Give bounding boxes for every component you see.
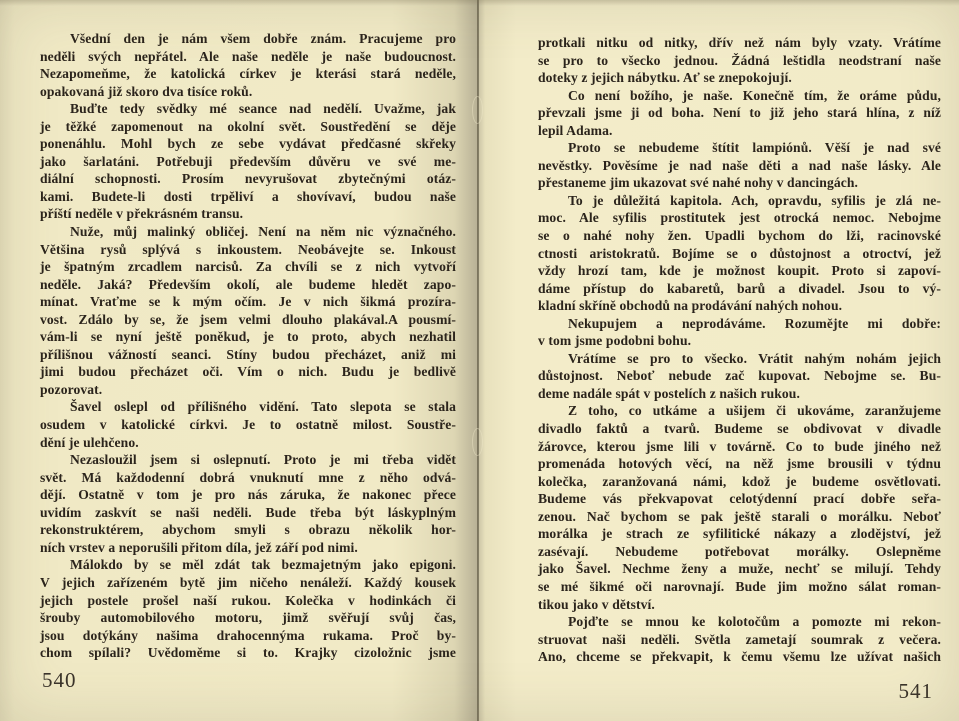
binding-thread-icon [472,96,483,124]
page-number-right: 541 [899,679,934,704]
text-line: Nekupujem a neprodáváme. Rozumějte mi do… [538,315,941,333]
text-line: opakovaná již skoro dva tisíce roků. [40,83,456,101]
page-number-left: 540 [42,668,77,693]
text-line: Buďte tedy svědky mé seance nad nedělí. … [40,100,456,118]
text-line: rekonstruktérem, abychom smyli s obrazu … [40,521,456,539]
text-line: vždy hrozí tam, kde je možnost koupit. P… [538,262,941,280]
text-line: deme nadále spát v postelích z našich ru… [538,385,941,403]
text-line: Všední den je nám všem dobře znám. Pracu… [40,30,456,48]
text-line: Málokdo by se měl zdát tak bezmajetným j… [40,556,456,574]
text-line: ctnosti aristokratů. Bojíme se o důstojn… [538,245,941,263]
text-line: Nuže, můj malinký obličej. Není na něm n… [40,223,456,241]
text-line: žárovce, kterou jsme lili v továrně. Co … [538,438,941,456]
text-line: se o nahé nohy žen. Upadli bychom do lži… [538,227,941,245]
text-line: Většina rysů splývá s inkoustem. Neobáve… [40,241,456,259]
text-line: Nezapomeňme, že katolická církev je kter… [40,65,456,83]
text-line: je špatným zrcadlem narcisů. Za chvíli s… [40,258,456,276]
text-line: kami. Budete-li dosti trpěliví a shovíva… [40,188,456,206]
text-line: přílišnou vážností seanci. Stíny budou p… [40,346,456,364]
text-line: neděli svých nepřátel. Ale naše neděle j… [40,48,456,66]
text-line: morálka je strach ze syfilitické nákazy … [538,525,941,543]
text-line: jimi budou přecházet oči. Vím o nich. Bu… [40,363,456,381]
text-line: doteky z jejich nábytku. Ať se znepokoju… [538,69,941,87]
text-line: dění je ulehčeno. [40,434,456,452]
text-line: se mé šikmé oči narovnají. Bude jim možn… [538,578,941,596]
text-line: vám-li se nyní ještě poněkud, je to prot… [40,328,456,346]
text-line: V jejich zařízeném bytě jim ničeho nenál… [40,574,456,592]
text-line: převzali jsme ji od boha. Není to již je… [538,104,941,122]
text-line: kladní skříně obchodů na prodávání nahýc… [538,297,941,315]
right-page-text: protkali nitku od nitky, dřív než nám by… [538,34,941,666]
text-line: osudem v katolické církvi. Je to ostatně… [40,416,456,434]
binding-thread-icon [472,428,483,456]
text-line: protkali nitku od nitky, dřív než nám by… [538,34,941,52]
text-line: ponenáhlu. Mohl bych ze sebe vydávat pře… [40,135,456,153]
text-line: jako šarlatáni. Potřebuji především důvě… [40,153,456,171]
text-line: Co není božího, je naše. Konečně tím, že… [538,87,941,105]
book-scan: Všední den je nám všem dobře znám. Pracu… [0,0,959,721]
text-line: Z toho, co utkáme a ušijem či ukováme, z… [538,402,941,420]
text-line: vost. Zdálo by se, že jsem velmi dlouho … [40,311,456,329]
text-line: Proto se nebudeme štítit lampiónů. Věší … [538,139,941,157]
text-line: přestaneme jim ukazovat své nahé nohy v … [538,174,941,192]
text-line: uvidím zaskvít se naši neděli. Bude třeb… [40,504,456,522]
text-line: se pro to všecko jednou. Žádná leštidla … [538,52,941,70]
text-line: Ano, chceme se překvapit, k čemu všemu l… [538,648,941,666]
text-line: nevěstky. Pověsíme je nad naše děti a na… [538,157,941,175]
text-line: divadlo faktů a tvarů. Budeme se obdivov… [538,420,941,438]
text-line: To je důležitá kapitola. Ach, opravdu, s… [538,192,941,210]
text-line: svět. Má každodenní dobrá vnuknutí mne z… [40,469,456,487]
text-line: chom spílali? Uvědoměme si to. Krajky ci… [40,644,456,662]
text-line: Nezasloužil jsem si oslepnutí. Proto je … [40,451,456,469]
text-line: promenáda hotových věcí, na něž jsme bro… [538,455,941,473]
text-line: mínat. Vraťme se k mým očím. Je v nich š… [40,293,456,311]
text-line: Budeme vás překvapovat celotýdenní prací… [538,490,941,508]
text-line: je těžké zapomenout na okolní svět. Sous… [40,118,456,136]
text-line: Vrátíme se pro to všecko. Vrátit nahým n… [538,350,941,368]
text-line: lepil Adama. [538,122,941,140]
text-line: šrouby automobilového motoru, jimž svěřu… [40,609,456,627]
text-line: moc. Ale syfilis prostitutek jest otrock… [538,209,941,227]
text-line: kolečka, zaranžovaná námi, kdož je budem… [538,473,941,491]
text-line: Pojďte se mnou ke kolotočům a pomozte mi… [538,613,941,631]
left-page-text: Všední den je nám všem dobře znám. Pracu… [40,30,456,662]
text-line: diální schopnosti. Prosím nevyrušovat zb… [40,170,456,188]
text-line: dáme přístup do kabaretů, barů a divadel… [538,280,941,298]
text-line: pozorovat. [40,381,456,399]
text-line: příští neděle v překrásném transu. [40,205,456,223]
text-line: neděle. Jaká? Především okolí, ale budem… [40,276,456,294]
text-line: jsou dotýkány našima drahocennýma rukama… [40,627,456,645]
text-line: Šavel oslepl od přílišného vidění. Tato … [40,398,456,416]
text-line: důstojnost. Neboť nebude zač kupovat. Ne… [538,367,941,385]
text-line: ních vrstev a neporušili přitom díla, je… [40,539,456,557]
text-line: zasévají. Nebudeme potřebovat morálky. O… [538,543,941,561]
text-line: tikou jako v dětství. [538,596,941,614]
text-line: jako Šavel. Nechme ženy a muže, nechť se… [538,560,941,578]
text-line: jejich postele prošel naší rukou. Kolečk… [40,592,456,610]
text-line: dějí. Ostatně v tom je pro nás záruka, ž… [40,486,456,504]
text-line: zenou. Nač bychom se pak ještě starali o… [538,508,941,526]
text-line: v tom jsme podobni bohu. [538,332,941,350]
text-line: struovat naši neděli. Světla zametají so… [538,631,941,649]
